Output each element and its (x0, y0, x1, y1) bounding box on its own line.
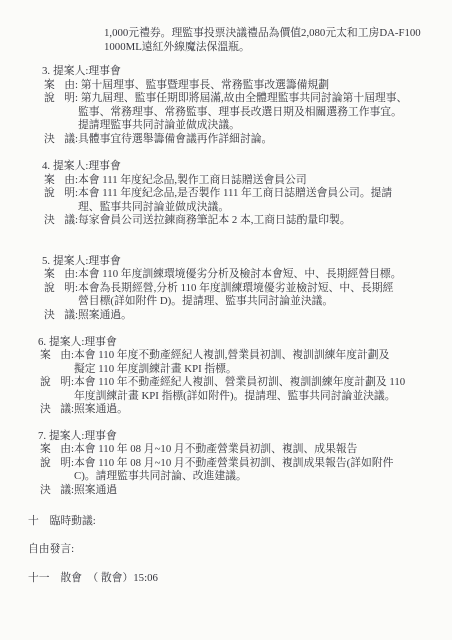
item-field-row: 決議:每家會員公司送拉鍊商務筆記本 2 本,工商日誌酌量印製。 (44, 214, 452, 228)
text-line: 擬定 110 年度訓練計畫 KPI 指標。 (74, 363, 452, 377)
text-line: C)。請理監事共同討論、改進建議。 (74, 470, 452, 484)
item-field-row: 決議:具體事宜待選舉籌備會議再作詳細討論。 (44, 133, 452, 147)
item-field-row: 說明: 第九屆理、監事任期即將屆滿,故由全體理監事共同討論第十屆理事、監事、常務… (44, 92, 452, 133)
proposal-item: 3.提案人:理事會案由: 第十屆理事、監事暨理事長、常務監事改選籌備規劃說明: … (42, 65, 452, 146)
document-footer: 十 臨時動議: 自由發言: 十一 散會 （ 散會）15:06 (0, 515, 452, 585)
field-content: 具體事宜待選舉籌備會議再作詳細討論。 (78, 133, 452, 147)
field-label-right: 由: (64, 268, 78, 282)
field-label-right: 明: (64, 282, 78, 309)
field-content: 第十屆理事、監事暨理事長、常務監事改選籌備規劃 (78, 79, 452, 93)
field-label-left: 案 (44, 268, 55, 282)
continuation-line: 1000ML遠紅外線魔法保溫瓶。 (104, 41, 452, 55)
field-label: 說明: (40, 376, 74, 403)
field-label-right: 明: (60, 457, 74, 484)
field-content: 第九屆理、監事任期即將屆滿,故由全體理監事共同討論第十屆理事、監事、常務理事、常… (78, 92, 452, 133)
item-proposer-label: 提案人:理事會 (49, 430, 117, 444)
proposal-item: 6.提案人:理事會案由:本會 110 年度不動產經紀人複訓,營業員初訓、複訓訓練… (38, 336, 452, 417)
text-line: 本會 110 年度訓練環境優劣分析及檢討本會短、中、長期經營目標。 (78, 268, 452, 282)
field-label-left: 說 (44, 187, 55, 214)
field-label-left: 決 (40, 403, 51, 417)
field-label-right: 議: (64, 133, 78, 147)
field-label-right: 議: (64, 309, 78, 323)
item-number: 4. (42, 160, 53, 174)
item-number: 6. (38, 336, 49, 350)
item-field-row: 決議:照案通過。 (40, 403, 452, 417)
text-line: 具體事宜待選舉籌備會議再作詳細討論。 (78, 133, 452, 147)
field-content: 本會 110 年度不動產經紀人複訓,營業員初訓、複訓訓練年度計劃及擬定 110 … (74, 349, 452, 376)
item-field-row: 決議:照案通過 (40, 484, 452, 498)
field-label-right: 由: (60, 443, 74, 457)
field-label-left: 案 (40, 349, 51, 376)
field-label-right: 由: (64, 79, 78, 93)
field-label: 案由: (44, 268, 78, 282)
field-content: 本會 110 年度訓練環境優劣分析及檢討本會短、中、長期經營目標。 (78, 268, 452, 282)
field-label: 決議: (40, 403, 74, 417)
text-line: 營目標(詳如附件 D)。提請理、監事共同討論並決議。 (78, 295, 452, 309)
field-content: 照案通過。 (78, 309, 452, 323)
field-label-left: 決 (44, 309, 55, 323)
field-label-right: 明: (60, 376, 74, 403)
field-label: 說明: (44, 187, 78, 214)
field-label: 案由: (40, 443, 74, 457)
item-field-row: 案由:本會 110 年度不動產經紀人複訓,營業員初訓、複訓訓練年度計劃及擬定 1… (40, 349, 452, 376)
item-header: 3.提案人:理事會 (42, 65, 452, 79)
field-content: 每家會員公司送拉鍊商務筆記本 2 本,工商日誌酌量印製。 (78, 214, 452, 228)
text-line: 照案通過 (74, 484, 452, 498)
item-proposer-label: 提案人:理事會 (49, 336, 117, 350)
text-line: 本會 111 年度紀念品,製作工商日誌贈送會員公司 (78, 174, 452, 188)
free-speech-line: 自由發言: (28, 543, 452, 557)
text-line: 理、監事共同討論並做成決議。 (78, 201, 452, 215)
field-label-right: 議: (60, 403, 74, 417)
field-label-right: 明: (64, 187, 78, 214)
adjournment-line: 十一 散會 （ 散會）15:06 (28, 572, 452, 586)
item-header: 4.提案人:理事會 (42, 160, 452, 174)
text-line: 提請理監事共同討論並做成決議。 (78, 119, 452, 133)
field-label: 案由: (40, 349, 74, 376)
field-label-left: 說 (44, 92, 55, 133)
item-proposer-label: 提案人:理事會 (53, 65, 121, 79)
proposal-item: 5.提案人:理事會案由:本會 110 年度訓練環境優劣分析及檢討本會短、中、長期… (42, 255, 452, 323)
text-line: 本會 110 年不動產經紀人複訓、營業員初訓、複訓訓練年度計劃及 110 (74, 376, 452, 390)
field-content: 照案通過 (74, 484, 452, 498)
field-label: 說明: (40, 457, 74, 484)
text-line: 照案通過。 (78, 309, 452, 323)
proposal-item: 4.提案人:理事會案由:本會 111 年度紀念品,製作工商日誌贈送會員公司說明:… (42, 160, 452, 228)
text-line: 本會 110 年 08 月~10 月不動產營業員初訓、複訓、成果報告 (74, 443, 452, 457)
field-label-left: 案 (40, 443, 51, 457)
item-header: 6.提案人:理事會 (38, 336, 452, 350)
field-label: 說明: (44, 282, 78, 309)
item-header: 5.提案人:理事會 (42, 255, 452, 269)
field-label-left: 決 (40, 484, 51, 498)
text-line: 本會 111 年度紀念品,是否製作 111 年工商日誌贈送會員公司。提請 (78, 187, 452, 201)
field-label-left: 案 (44, 79, 55, 93)
field-label-left: 案 (44, 174, 55, 188)
text-line: 年度訓練計畫 KPI 指標(詳如附件)。提請理、監事共同討論並決議。 (74, 390, 452, 404)
item-field-row: 案由:本會 110 年度訓練環境優劣分析及檢討本會短、中、長期經營目標。 (44, 268, 452, 282)
field-label-right: 議: (60, 484, 74, 498)
item-field-row: 案由:本會 111 年度紀念品,製作工商日誌贈送會員公司 (44, 174, 452, 188)
field-label-right: 議: (64, 214, 78, 228)
text-line: 本會 110 年度不動產經紀人複訓,營業員初訓、複訓訓練年度計劃及 (74, 349, 452, 363)
field-label: 決議: (44, 309, 78, 323)
extempore-motions-line: 十 臨時動議: (28, 515, 452, 529)
text-line: 本會為長期經營,分析 110 年度訓練環境優劣並檢討短、中、長期經 (78, 282, 452, 296)
text-line: 監事、常務理事、常務監事、理事長改選日期及相關選務工作事宜。 (78, 106, 452, 120)
item-field-row: 決議:照案通過。 (44, 309, 452, 323)
proposal-item: 7.提案人:理事會案由:本會 110 年 08 月~10 月不動產營業員初訓、複… (38, 430, 452, 498)
item-header: 7.提案人:理事會 (38, 430, 452, 444)
field-label: 案由: (44, 174, 78, 188)
continuation-paragraph: 1,000元禮券。理監事投票決議禮品為價值2,080元太和工房DA-F10010… (104, 27, 452, 54)
field-label: 決議: (40, 484, 74, 498)
item-field-row: 說明:本會為長期經營,分析 110 年度訓練環境優劣並檢討短、中、長期經營目標(… (44, 282, 452, 309)
field-content: 本會為長期經營,分析 110 年度訓練環境優劣並檢討短、中、長期經營目標(詳如附… (78, 282, 452, 309)
text-line: 每家會員公司送拉鍊商務筆記本 2 本,工商日誌酌量印製。 (78, 214, 452, 228)
item-field-row: 說明:本會 110 年不動產經紀人複訓、營業員初訓、複訓訓練年度計劃及 110年… (40, 376, 452, 403)
field-content: 本會 111 年度紀念品,製作工商日誌贈送會員公司 (78, 174, 452, 188)
document-page: 1,000元禮券。理監事投票決議禮品為價值2,080元太和工房DA-F10010… (0, 0, 452, 640)
item-number: 3. (42, 65, 53, 79)
field-label-left: 說 (40, 457, 51, 484)
field-label-left: 決 (44, 133, 55, 147)
item-field-row: 案由: 第十屆理事、監事暨理事長、常務監事改選籌備規劃 (44, 79, 452, 93)
text-line: 第十屆理事、監事暨理事長、常務監事改選籌備規劃 (78, 79, 452, 93)
field-label-right: 由: (60, 349, 74, 376)
field-content: 本會 110 年不動產經紀人複訓、營業員初訓、複訓訓練年度計劃及 110年度訓練… (74, 376, 452, 403)
text-line: 照案通過。 (74, 403, 452, 417)
item-proposer-label: 提案人:理事會 (53, 255, 121, 269)
item-proposer-label: 提案人:理事會 (53, 160, 121, 174)
field-label-left: 決 (44, 214, 55, 228)
item-field-row: 說明:本會 110 年 08 月~10 月不動產營業員初訓、複訓成果報告(詳如附… (40, 457, 452, 484)
item-number: 7. (38, 430, 49, 444)
field-label: 決議: (44, 214, 78, 228)
text-line: 第九屆理、監事任期即將屆滿,故由全體理監事共同討論第十屆理事、 (78, 92, 452, 106)
field-label: 決議: (44, 133, 78, 147)
text-line: 本會 110 年 08 月~10 月不動產營業員初訓、複訓成果報告(詳如附件 (74, 457, 452, 471)
proposal-list: 3.提案人:理事會案由: 第十屆理事、監事暨理事長、常務監事改選籌備規劃說明: … (42, 65, 452, 497)
field-label-left: 說 (40, 376, 51, 403)
item-field-row: 說明:本會 111 年度紀念品,是否製作 111 年工商日誌贈送會員公司。提請理… (44, 187, 452, 214)
field-content: 本會 110 年 08 月~10 月不動產營業員初訓、複訓、成果報告 (74, 443, 452, 457)
field-label-right: 由: (64, 174, 78, 188)
field-label-left: 說 (44, 282, 55, 309)
continuation-line: 1,000元禮券。理監事投票決議禮品為價值2,080元太和工房DA-F100 (104, 27, 452, 41)
field-label: 案由: (44, 79, 78, 93)
field-content: 本會 110 年 08 月~10 月不動產營業員初訓、複訓成果報告(詳如附件C)… (74, 457, 452, 484)
item-number: 5. (42, 255, 53, 269)
field-content: 本會 111 年度紀念品,是否製作 111 年工商日誌贈送會員公司。提請理、監事… (78, 187, 452, 214)
field-content: 照案通過。 (74, 403, 452, 417)
field-label-right: 明: (64, 92, 78, 133)
field-label: 說明: (44, 92, 78, 133)
item-field-row: 案由:本會 110 年 08 月~10 月不動產營業員初訓、複訓、成果報告 (40, 443, 452, 457)
